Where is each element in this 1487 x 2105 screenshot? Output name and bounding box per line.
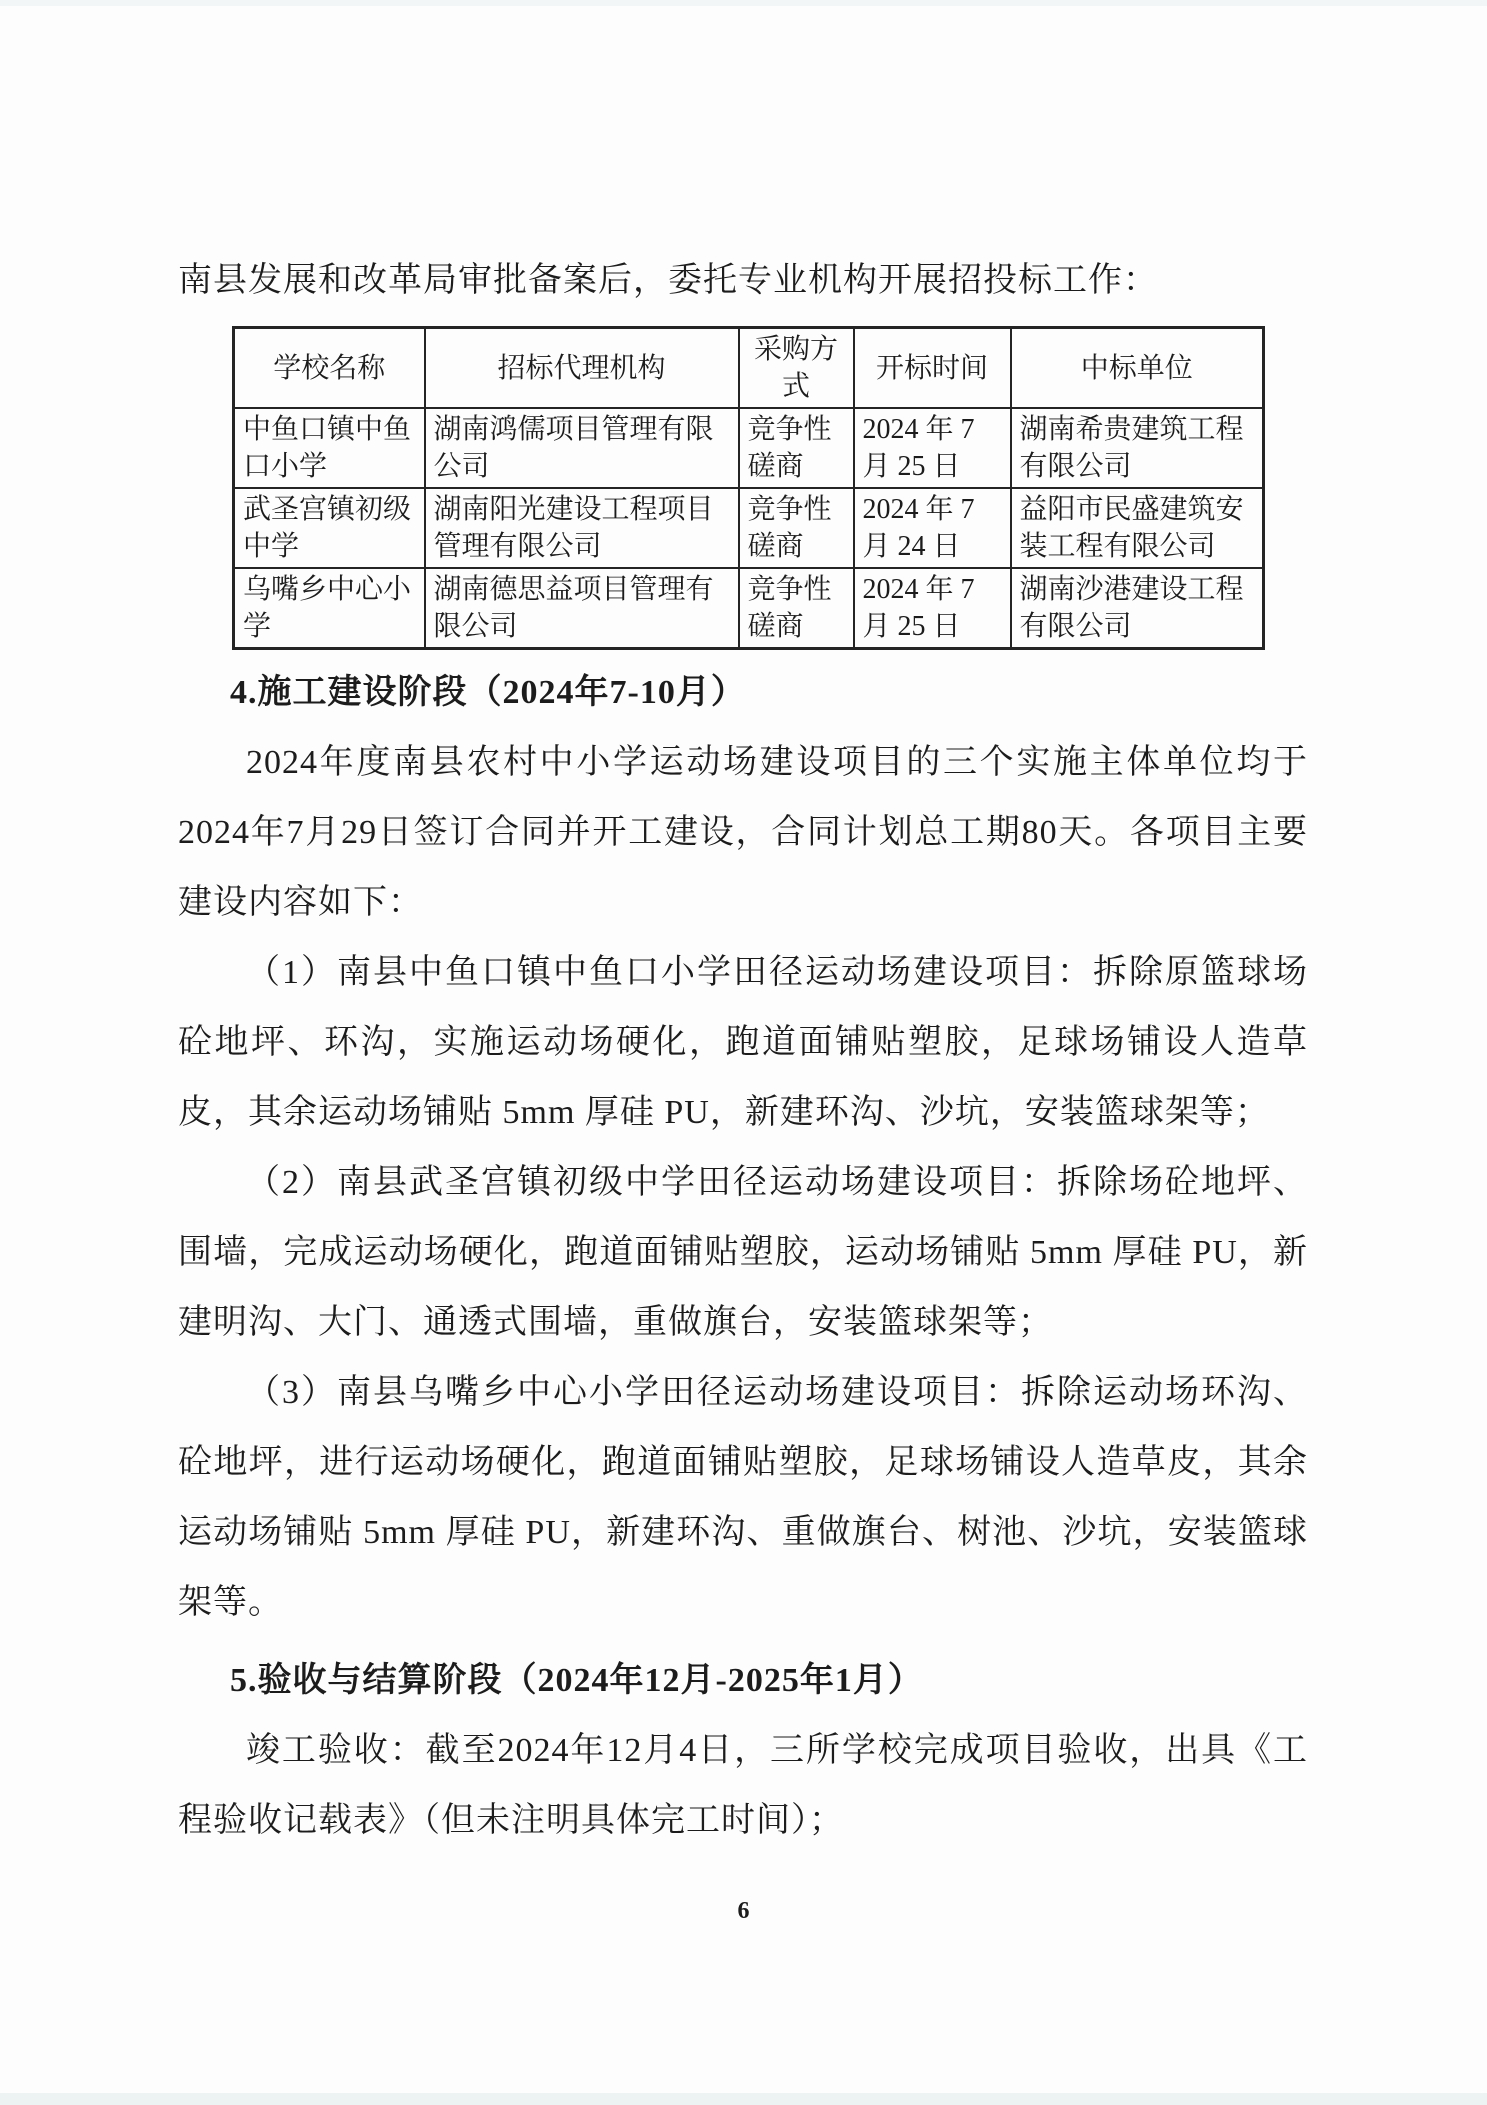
intro-paragraph: 南县发展和改革局审批备案后，委托专业机构开展招投标工作： — [178, 258, 1308, 304]
table-row: 中鱼口镇中鱼口小学 湖南鸿儒项目管理有限公司 竞争性磋商 2024 年 7 月 … — [234, 408, 1264, 488]
cell-winning-bidder: 湖南沙港建设工程有限公司 — [1011, 568, 1264, 649]
cell-school-name: 武圣宫镇初级中学 — [234, 488, 425, 568]
col-header-procurement-method: 采购方式 — [739, 328, 854, 409]
cell-bid-opening-time: 2024 年 7 月 25 日 — [854, 408, 1011, 488]
cell-winning-bidder: 益阳市民盛建筑安装工程有限公司 — [1011, 488, 1264, 568]
cell-bidding-agency: 湖南阳光建设工程项目管理有限公司 — [425, 488, 739, 568]
section-heading-acceptance-phase: 5.验收与结算阶段（2024年12月-2025年1月） — [178, 1646, 1308, 1716]
scan-artifact-bottom — [0, 2093, 1487, 2105]
cell-procurement-method: 竞争性磋商 — [739, 488, 854, 568]
section-heading-construction-phase: 4.施工建设阶段（2024年7-10月） — [178, 658, 1308, 728]
paragraph-acceptance: 竣工验收：截至2024年12月4日，三所学校完成项目验收，出具《工程验收记载表》… — [178, 1716, 1308, 1856]
paragraph-construction-overview: 2024年度南县农村中小学运动场建设项目的三个实施主体单位均于 2024年7月2… — [178, 728, 1308, 938]
cell-procurement-method: 竞争性磋商 — [739, 408, 854, 488]
col-header-bid-opening-time: 开标时间 — [854, 328, 1011, 409]
col-header-bidding-agency: 招标代理机构 — [425, 328, 739, 409]
document-page: 南县发展和改革局审批备案后，委托专业机构开展招投标工作： 学校名称 招标代理机构… — [0, 0, 1487, 2105]
cell-school-name: 乌嘴乡中心小学 — [234, 568, 425, 649]
cell-winning-bidder: 湖南希贵建筑工程有限公司 — [1011, 408, 1264, 488]
col-header-school-name: 学校名称 — [234, 328, 425, 409]
page-number: 6 — [0, 1898, 1487, 1925]
col-header-winning-bidder: 中标单位 — [1011, 328, 1264, 409]
cell-bidding-agency: 湖南鸿儒项目管理有限公司 — [425, 408, 739, 488]
table-header-row: 学校名称 招标代理机构 采购方式 开标时间 中标单位 — [234, 328, 1264, 409]
cell-bidding-agency: 湖南德思益项目管理有限公司 — [425, 568, 739, 649]
paragraph-project-1: （1）南县中鱼口镇中鱼口小学田径运动场建设项目：拆除原篮球场砼地坪、环沟，实施运… — [178, 938, 1308, 1148]
document-content: 南县发展和改革局审批备案后，委托专业机构开展招投标工作： 学校名称 招标代理机构… — [178, 0, 1308, 1856]
cell-procurement-method: 竞争性磋商 — [739, 568, 854, 649]
bidding-results-table: 学校名称 招标代理机构 采购方式 开标时间 中标单位 中鱼口镇中鱼口小学 湖南鸿… — [232, 326, 1265, 650]
cell-school-name: 中鱼口镇中鱼口小学 — [234, 408, 425, 488]
cell-bid-opening-time: 2024 年 7 月 25 日 — [854, 568, 1011, 649]
cell-bid-opening-time: 2024 年 7 月 24 日 — [854, 488, 1011, 568]
table-row: 武圣宫镇初级中学 湖南阳光建设工程项目管理有限公司 竞争性磋商 2024 年 7… — [234, 488, 1264, 568]
table-row: 乌嘴乡中心小学 湖南德思益项目管理有限公司 竞争性磋商 2024 年 7 月 2… — [234, 568, 1264, 649]
paragraph-project-3: （3）南县乌嘴乡中心小学田径运动场建设项目：拆除运动场环沟、砼地坪，进行运动场硬… — [178, 1358, 1308, 1638]
paragraph-project-2: （2）南县武圣宫镇初级中学田径运动场建设项目：拆除场砼地坪、围墙，完成运动场硬化… — [178, 1148, 1308, 1358]
